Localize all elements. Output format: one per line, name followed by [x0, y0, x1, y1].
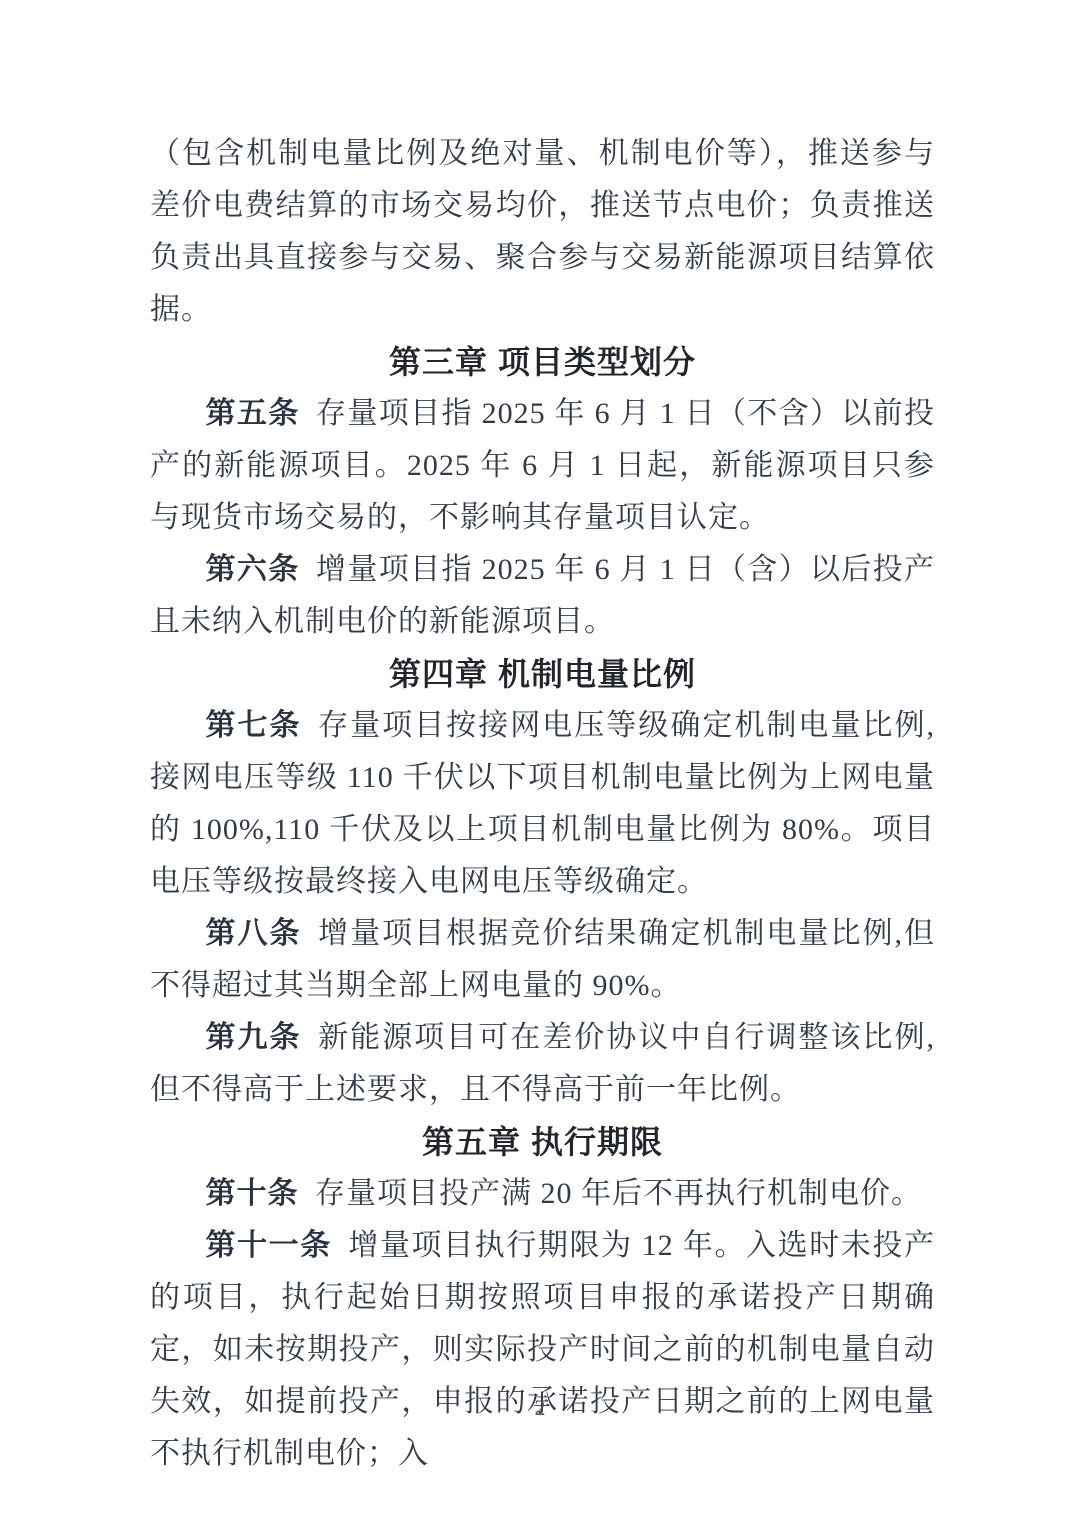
page-number: 2: [0, 1395, 1080, 1421]
article-paragraph-5: 第五条存量项目指 2025 年 6 月 1 日（不含）以前投产的新能源项目。20…: [150, 388, 935, 544]
document-page: （包含机制电量比例及绝对量、机制电价等），推送参与差价电费结算的市场交易均价，推…: [0, 0, 1080, 1527]
article-text: 增量项目执行期限为 12 年。入选时未投产的项目，执行起始日期按照项目申报的承诺…: [150, 1229, 935, 1470]
article-paragraph-10: 第十条存量项目投产满 20 年后不再执行机制电价。: [150, 1168, 935, 1220]
chapter-heading-5: 第五章 执行期限: [150, 1116, 935, 1168]
article-paragraph-7: 第七条存量项目按接网电压等级确定机制电量比例,接网电压等级 110 千伏以下项目…: [150, 700, 935, 908]
article-text: 存量项目投产满 20 年后不再执行机制电价。: [315, 1177, 922, 1210]
article-number: 第六条: [206, 553, 300, 586]
article-paragraph-8: 第八条增量项目根据竞价结果确定机制电量比例,但不得超过其当期全部上网电量的 90…: [150, 908, 935, 1012]
document-content: （包含机制电量比例及绝对量、机制电价等），推送参与差价电费结算的市场交易均价，推…: [0, 0, 1080, 1480]
article-number: 第十一条: [206, 1229, 332, 1262]
chapter-heading-4: 第四章 机制电量比例: [150, 648, 935, 700]
article-paragraph-9: 第九条新能源项目可在差价协议中自行调整该比例,但不得高于上述要求，且不得高于前一…: [150, 1012, 935, 1116]
article-paragraph-6: 第六条增量项目指 2025 年 6 月 1 日（含）以后投产且未纳入机制电价的新…: [150, 544, 935, 648]
article-number: 第九条: [206, 1021, 302, 1054]
article-number: 第七条: [206, 709, 302, 742]
article-number: 第十条: [206, 1177, 299, 1210]
chapter-heading-3: 第三章 项目类型划分: [150, 336, 935, 388]
paragraph-continuation: （包含机制电量比例及绝对量、机制电价等），推送参与差价电费结算的市场交易均价，推…: [150, 128, 935, 336]
article-number: 第五条: [206, 397, 300, 430]
article-paragraph-11: 第十一条增量项目执行期限为 12 年。入选时未投产的项目，执行起始日期按照项目申…: [150, 1220, 935, 1480]
article-number: 第八条: [206, 917, 302, 950]
